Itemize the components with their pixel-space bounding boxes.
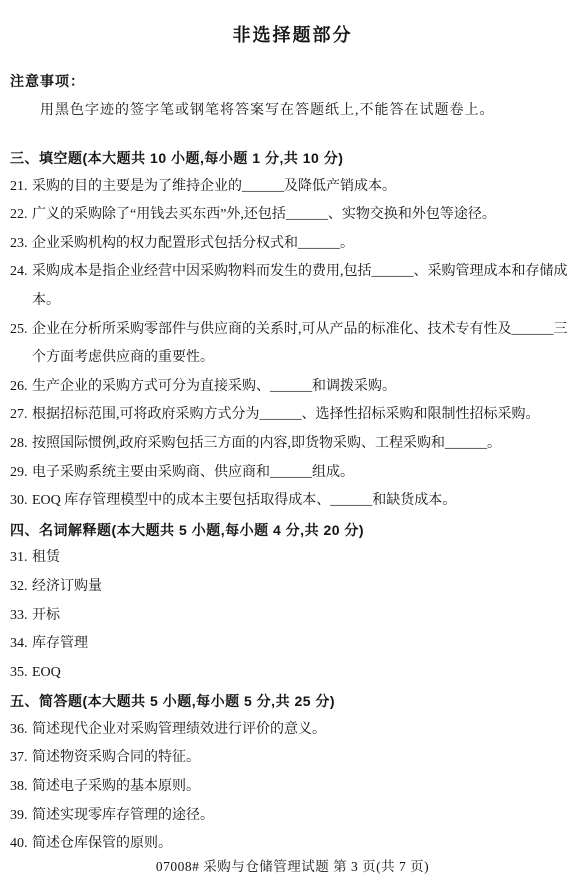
- question-text: 广义的采购除了“用钱去买东西”外,还包括______、实物交换和外包等途径。: [32, 207, 496, 222]
- question-30: 30.EOQ 库存管理模型中的成本主要包括取得成本、______和缺货成本。: [10, 487, 575, 516]
- question-number: 30.: [10, 487, 32, 516]
- question-22: 22.广义的采购除了“用钱去买东西”外,还包括______、实物交换和外包等途径…: [10, 201, 575, 230]
- question-27: 27.根据招标范围,可将政府采购方式分为______、选择性招标采购和限制性招标…: [10, 401, 575, 430]
- question-number: 31.: [10, 544, 32, 573]
- question-text: 简述物资采购合同的特征。: [32, 750, 200, 765]
- question-number: 35.: [10, 659, 32, 688]
- question-text: 开标: [32, 608, 60, 623]
- section-heading-short-answer: 五、简答题(本大题共 5 小题,每小题 5 分,共 25 分): [10, 687, 575, 716]
- question-text: EOQ: [32, 665, 61, 680]
- question-number: 34.: [10, 630, 32, 659]
- section-heading-fill-blank: 三、填空题(本大题共 10 小题,每小题 1 分,共 10 分): [10, 144, 575, 173]
- question-31: 31.租赁: [10, 544, 575, 573]
- question-number: 37.: [10, 744, 32, 773]
- question-number: 33.: [10, 602, 32, 631]
- question-26: 26.生产企业的采购方式可分为直接采购、______和调拨采购。: [10, 373, 575, 402]
- question-number: 36.: [10, 716, 32, 745]
- question-24: 24.采购成本是指企业经营中因采购物料而发生的费用,包括______、采购管理成…: [10, 258, 575, 287]
- question-number: 38.: [10, 773, 32, 802]
- question-34: 34.库存管理: [10, 630, 575, 659]
- question-text: 简述实现零库存管理的途径。: [32, 808, 214, 823]
- question-33: 33.开标: [10, 602, 575, 631]
- exam-page: 非选择题部分 注意事项： 用黑色字迹的签字笔或钢笔将答案写在答题纸上,不能答在试…: [0, 0, 585, 885]
- question-25: 25.企业在分析所采购零部件与供应商的关系时,可从产品的标准化、技术专有性及__…: [10, 316, 575, 345]
- question-text: 库存管理: [32, 636, 88, 651]
- question-21: 21.采购的目的主要是为了维持企业的______及降低产销成本。: [10, 173, 575, 202]
- notice-heading: 注意事项：: [10, 71, 85, 91]
- question-number: 21.: [10, 173, 32, 202]
- question-text: 采购的目的主要是为了维持企业的______及降低产销成本。: [32, 179, 396, 194]
- question-text: 经济订购量: [32, 579, 102, 594]
- question-text: EOQ 库存管理模型中的成本主要包括取得成本、______和缺货成本。: [32, 493, 456, 508]
- question-38: 38.简述电子采购的基本原则。: [10, 773, 575, 802]
- question-text: 按照国际惯例,政府采购包括三方面的内容,即货物采购、工程采购和______。: [32, 436, 501, 451]
- question-24-continuation: 本。: [10, 287, 575, 316]
- exam-body: 三、填空题(本大题共 10 小题,每小题 1 分,共 10 分) 21.采购的目…: [10, 144, 575, 859]
- question-29: 29.电子采购系统主要由采购商、供应商和______组成。: [10, 459, 575, 488]
- question-text: 简述电子采购的基本原则。: [32, 779, 200, 794]
- question-number: 39.: [10, 802, 32, 831]
- question-number: 24.: [10, 258, 32, 287]
- page-footer: 07008# 采购与仓储管理试题 第 3 页(共 7 页): [0, 855, 585, 875]
- question-text: 电子采购系统主要由采购商、供应商和______组成。: [32, 465, 354, 480]
- question-23: 23.企业采购机构的权力配置形式包括分权式和______。: [10, 230, 575, 259]
- section-heading-definitions: 四、名词解释题(本大题共 5 小题,每小题 4 分,共 20 分): [10, 516, 575, 545]
- question-number: 26.: [10, 373, 32, 402]
- question-text: 根据招标范围,可将政府采购方式分为______、选择性招标采购和限制性招标采购。: [32, 407, 540, 422]
- question-28: 28.按照国际惯例,政府采购包括三方面的内容,即货物采购、工程采购和______…: [10, 430, 575, 459]
- question-number: 27.: [10, 401, 32, 430]
- question-number: 29.: [10, 459, 32, 488]
- question-37: 37.简述物资采购合同的特征。: [10, 744, 575, 773]
- question-32: 32.经济订购量: [10, 573, 575, 602]
- question-number: 32.: [10, 573, 32, 602]
- question-39: 39.简述实现零库存管理的途径。: [10, 802, 575, 831]
- question-number: 22.: [10, 201, 32, 230]
- notice-text: 用黑色字迹的签字笔或钢笔将答案写在答题纸上,不能答在试题卷上。: [40, 99, 495, 119]
- page-title: 非选择题部分: [0, 21, 585, 47]
- question-text: 简述仓库保管的原则。: [32, 836, 172, 851]
- question-36: 36.简述现代企业对采购管理绩效进行评价的意义。: [10, 716, 575, 745]
- question-35: 35.EOQ: [10, 659, 575, 688]
- question-number: 23.: [10, 230, 32, 259]
- question-text: 企业在分析所采购零部件与供应商的关系时,可从产品的标准化、技术专有性及_____…: [32, 322, 568, 337]
- question-25-continuation: 个方面考虑供应商的重要性。: [10, 344, 575, 373]
- question-text: 企业采购机构的权力配置形式包括分权式和______。: [32, 236, 354, 251]
- question-text: 简述现代企业对采购管理绩效进行评价的意义。: [32, 722, 326, 737]
- question-number: 28.: [10, 430, 32, 459]
- question-text: 采购成本是指企业经营中因采购物料而发生的费用,包括______、采购管理成本和存…: [32, 264, 568, 279]
- question-text: 生产企业的采购方式可分为直接采购、______和调拨采购。: [32, 379, 396, 394]
- question-text: 租赁: [32, 550, 60, 565]
- question-number: 25.: [10, 316, 32, 345]
